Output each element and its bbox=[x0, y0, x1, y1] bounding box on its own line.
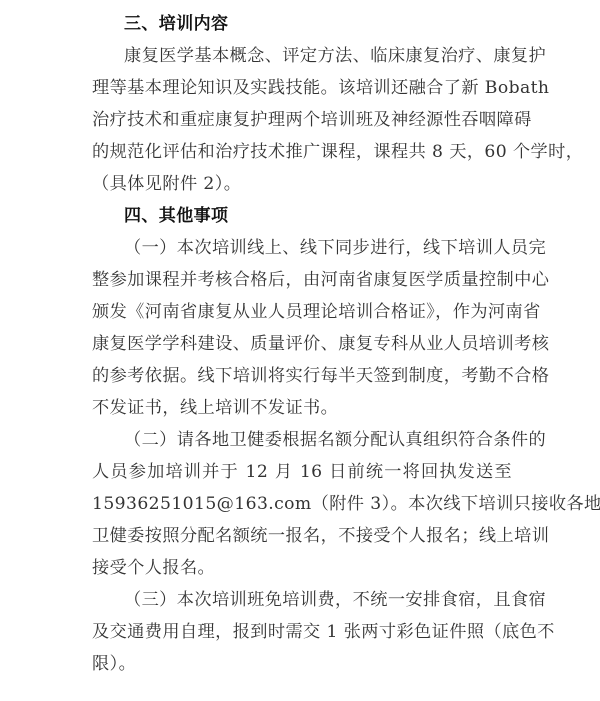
item-1-line-5: 的参考依据。线下培训将实行每半天签到制度，考勤不合格 bbox=[92, 360, 512, 392]
section-3-line-1: 康复医学基本概念、评定方法、临床康复治疗、康复护 bbox=[124, 40, 512, 72]
item-2-line-1: （二）请各地卫健委根据名额分配认真组织符合条件的 bbox=[124, 424, 512, 456]
section-4-heading: 四、其他事项 bbox=[124, 200, 228, 232]
item-1-line-2: 整参加课程并考核合格后，由河南省康复医学质量控制中心 bbox=[92, 264, 512, 296]
section-3-heading: 三、培训内容 bbox=[124, 8, 228, 40]
section-3-line-2: 理等基本理论知识及实践技能。该培训还融合了新 Bobath bbox=[92, 72, 512, 104]
item-3-line-3: 限）。 bbox=[92, 648, 136, 680]
item-3-line-1: （三）本次培训班免培训费，不统一安排食宿，且食宿 bbox=[124, 584, 512, 616]
item-2-line-2: 人员参加培训并于 12 月 16 日前统一将回执发送至 bbox=[92, 456, 512, 488]
item-2-line-5: 接受个人报名。 bbox=[92, 552, 215, 584]
section-3-line-3: 治疗技术和重症康复护理两个培训班及神经源性吞咽障碍 bbox=[92, 104, 512, 136]
item-1-line-4: 康复医学学科建设、质量评价、康复专科从业人员培训考核 bbox=[92, 328, 512, 360]
section-3-line-4: 的规范化评估和治疗技术推广课程，课程共 8 天，60 个学时， bbox=[92, 136, 512, 168]
item-1-line-1: （一）本次培训线上、线下同步进行，线下培训人员完 bbox=[124, 232, 512, 264]
section-3-line-5: （具体见附件 2）。 bbox=[92, 168, 241, 200]
item-2-line-3: 15936251015@163.com（附件 3）。本次线下培训只接收各地 bbox=[92, 488, 512, 520]
item-3-line-2: 及交通费用自理，报到时需交 1 张两寸彩色证件照（底色不 bbox=[92, 616, 512, 648]
item-1-line-6: 不发证书，线上培训不发证书。 bbox=[92, 392, 338, 424]
item-2-line-4: 卫健委按照分配名额统一报名，不接受个人报名；线上培训 bbox=[92, 520, 512, 552]
item-1-line-3: 颁发《河南省康复从业人员理论培训合格证》，作为河南省 bbox=[92, 296, 512, 328]
